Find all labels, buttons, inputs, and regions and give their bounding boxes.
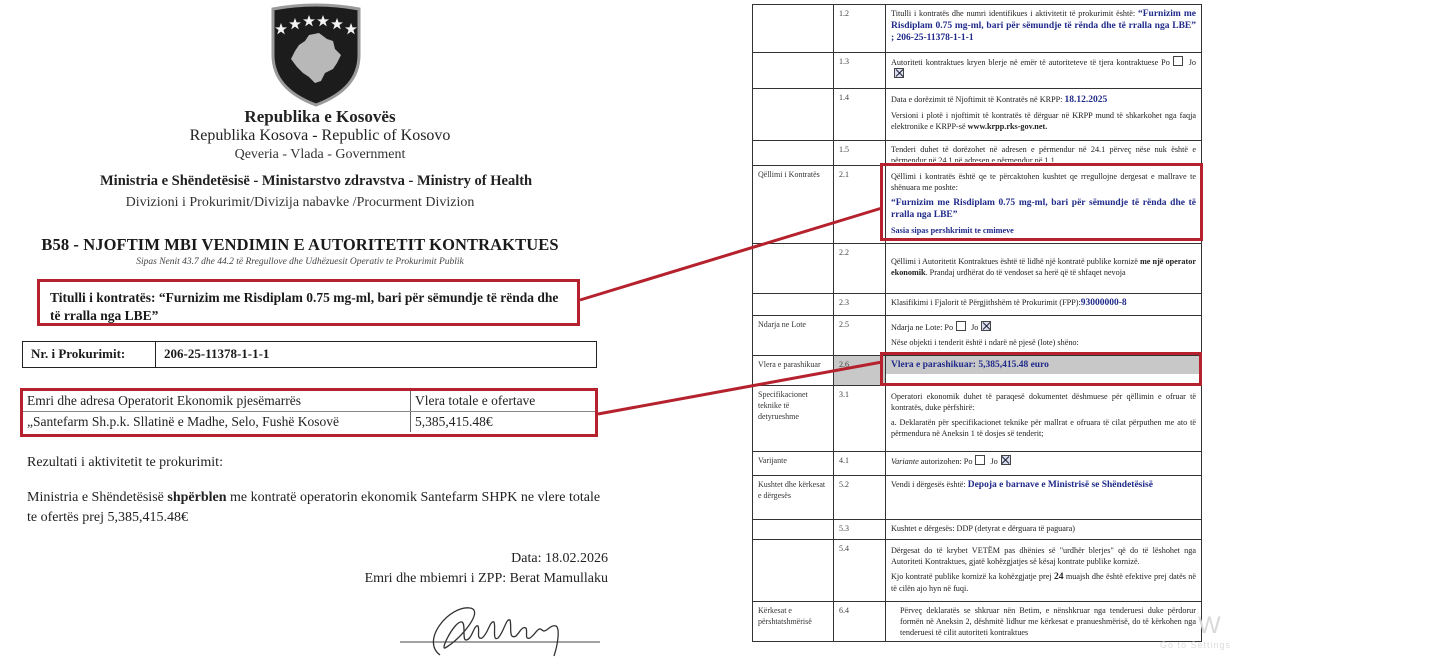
notice-subtitle: Sipas Nenit 43.7 dhe 44.2 të Rregullove … <box>20 257 580 267</box>
header-government: Qeveria - Vlada - Government <box>0 147 640 163</box>
row-number: 5.2 <box>834 476 886 520</box>
header-republic-albanian: Republika e Kosovës <box>0 107 640 127</box>
table-row: 5.4 Dërgesat do të krybet VETËM pas dhën… <box>753 540 1202 602</box>
procurement-number-value: 206-25-11378-1-1-1 <box>156 342 596 367</box>
row-section <box>753 53 834 89</box>
row-section: Vlera e parashikuar <box>753 356 834 386</box>
row-content: Titulli i kontratës dhe numri identifiku… <box>886 5 1202 53</box>
row-number: 3.1 <box>834 386 886 452</box>
table-row: „Santefarm Sh.p.k. Sllatinë e Madhe, Sel… <box>23 412 595 432</box>
table-row: Kushtet dhe kërkesat e dërgesës 5.2 Vend… <box>753 476 1202 520</box>
row-number: 1.4 <box>834 89 886 141</box>
row-content: Variante autorizohen: Po Jo <box>886 452 1202 476</box>
row-content: Tenderi duhet të dorëzohet në adresen e … <box>886 141 1202 166</box>
row-number: 2.6 <box>834 356 886 386</box>
checkbox-jo-checked <box>1001 455 1011 465</box>
table-row: 2.3 Klasifikimi i Fjalorit të Përgjithsh… <box>753 294 1202 316</box>
table-row: 2.2 Qëllimi i Autoritetit Kontraktues ës… <box>753 244 1202 294</box>
decision-date: Data: 18.02.2026 <box>340 551 608 567</box>
row-section <box>753 89 834 141</box>
row-content: Qëllimi i Autoritetit Kontraktues është … <box>886 244 1202 294</box>
contract-title-highlight: Titulli i kontratës: “Furnizim me Risdip… <box>37 279 580 326</box>
offer-total-value: 5,385,415.48€ <box>411 412 595 432</box>
table-row: Ndarja ne Lote 2.5 Ndarja ne Lote: Po Jo… <box>753 316 1202 356</box>
kosovo-coat-of-arms-icon <box>267 3 365 107</box>
checkbox-jo-checked <box>894 68 904 78</box>
row-content: Ndarja ne Lote: Po Jo Nëse objekti i ten… <box>886 316 1202 356</box>
row-number: 1.2 <box>834 5 886 53</box>
os-activation-watermark-sub: Go to Settings <box>1160 640 1231 650</box>
notice-title: B58 - NJOFTIM MBI VENDIMIN E AUTORITETIT… <box>20 235 580 255</box>
result-label: Rezultati i aktivitetit te prokurimit: <box>27 455 223 471</box>
header-division: Divizioni i Prokurimit/Divizija nabavke … <box>0 195 600 211</box>
row-content: Përveç deklaratës se shkruar nën Betim, … <box>886 602 1202 642</box>
checkbox-po-unchecked <box>956 321 966 331</box>
row-section: Varijante <box>753 452 834 476</box>
offer-header-total: Vlera totale e ofertave <box>411 391 595 411</box>
row-section: Qëllimi i Kontratës <box>753 166 834 244</box>
row-section <box>753 540 834 602</box>
row-number: 2.3 <box>834 294 886 316</box>
table-row: Specifikacionet teknike të detyrueshme 3… <box>753 386 1202 452</box>
offer-operator-name: „Santefarm Sh.p.k. Sllatinë e Madhe, Sel… <box>23 412 411 432</box>
result-text: Ministria e Shëndetësisë shpërblen me ko… <box>27 488 607 528</box>
procurement-number-label: Nr. i Prokurimit: <box>23 342 156 367</box>
row-number: 4.1 <box>834 452 886 476</box>
decision-notice-document: Republika e Kosovës Republika Kosova - R… <box>0 0 640 670</box>
tender-details-table: 1.2 Titulli i kontratës dhe numri identi… <box>752 4 1202 642</box>
table-row: 1.2 Titulli i kontratës dhe numri identi… <box>753 5 1202 53</box>
table-row: 5.3 Kushtet e dërgesës: DDP (detyrat e d… <box>753 520 1202 540</box>
row-section: Specifikacionet teknike të detyrueshme <box>753 386 834 452</box>
offer-table-highlight: Emri dhe adresa Operatorit Ekonomik pjes… <box>20 388 598 437</box>
offer-header-operator: Emri dhe adresa Operatorit Ekonomik pjes… <box>23 391 411 411</box>
offer-table-header: Emri dhe adresa Operatorit Ekonomik pjes… <box>23 391 595 412</box>
row-section <box>753 141 834 166</box>
row-number: 5.3 <box>834 520 886 540</box>
row-content: Klasifikimi i Fjalorit të Përgjithshëm t… <box>886 294 1202 316</box>
row-number: 5.4 <box>834 540 886 602</box>
row-number: 2.1 <box>834 166 886 244</box>
row-content: Vendi i dërgesës është: Depoja e barnave… <box>886 476 1202 520</box>
row-content: Operatori ekonomik duhet të paraqesë dok… <box>886 386 1202 452</box>
row-content: Data e dorëzimit të Njoftimit të Kontrat… <box>886 89 1202 141</box>
row-number: 1.5 <box>834 141 886 166</box>
signature-icon <box>400 600 600 660</box>
checkbox-po-unchecked <box>1173 56 1183 66</box>
os-activation-watermark: W <box>1198 612 1221 640</box>
row-section: Kushtet dhe kërkesat e dërgesës <box>753 476 834 520</box>
tender-notice-table: 1.2 Titulli i kontratës dhe numri identi… <box>752 4 1202 654</box>
table-row: 1.5 Tenderi duhet të dorëzohet në adrese… <box>753 141 1202 166</box>
row-section: Kërkesat e përshtatshmërisë <box>753 602 834 642</box>
procurement-number-table: Nr. i Prokurimit: 206-25-11378-1-1-1 <box>22 341 597 368</box>
header-republic-multilingual: Republika Kosova - Republic of Kosovo <box>0 127 640 145</box>
row-section <box>753 244 834 294</box>
checkbox-jo-checked <box>981 321 991 331</box>
table-row: Kërkesat e përshtatshmërisë 6.4 Përveç d… <box>753 602 1202 642</box>
procurement-officer-name: Emri dhe mbiemri i ZPP: Berat Mamullaku <box>320 571 608 587</box>
row-content: Dërgesat do të krybet VETËM pas dhënies … <box>886 540 1202 602</box>
purpose-highlight-box <box>880 163 1203 241</box>
row-section <box>753 5 834 53</box>
row-section <box>753 294 834 316</box>
row-number: 1.3 <box>834 53 886 89</box>
estimated-value-highlight-box <box>880 352 1202 386</box>
row-section: Ndarja ne Lote <box>753 316 834 356</box>
row-number: 2.2 <box>834 244 886 294</box>
table-row: 1.4 Data e dorëzimit të Njoftimit të Kon… <box>753 89 1202 141</box>
table-row: Varijante 4.1 Variante autorizohen: Po J… <box>753 452 1202 476</box>
row-number: 6.4 <box>834 602 886 642</box>
table-row: 1.3 Autoriteti kontraktues kryen blerje … <box>753 53 1202 89</box>
row-number: 2.5 <box>834 316 886 356</box>
row-content: Kushtet e dërgesës: DDP (detyrat e dërgu… <box>886 520 1202 540</box>
header-ministry: Ministria e Shëndetësisë - Ministarstvo … <box>100 173 500 190</box>
checkbox-po-unchecked <box>975 455 985 465</box>
row-content: Autoriteti kontraktues kryen blerje në e… <box>886 53 1202 89</box>
row-section <box>753 520 834 540</box>
